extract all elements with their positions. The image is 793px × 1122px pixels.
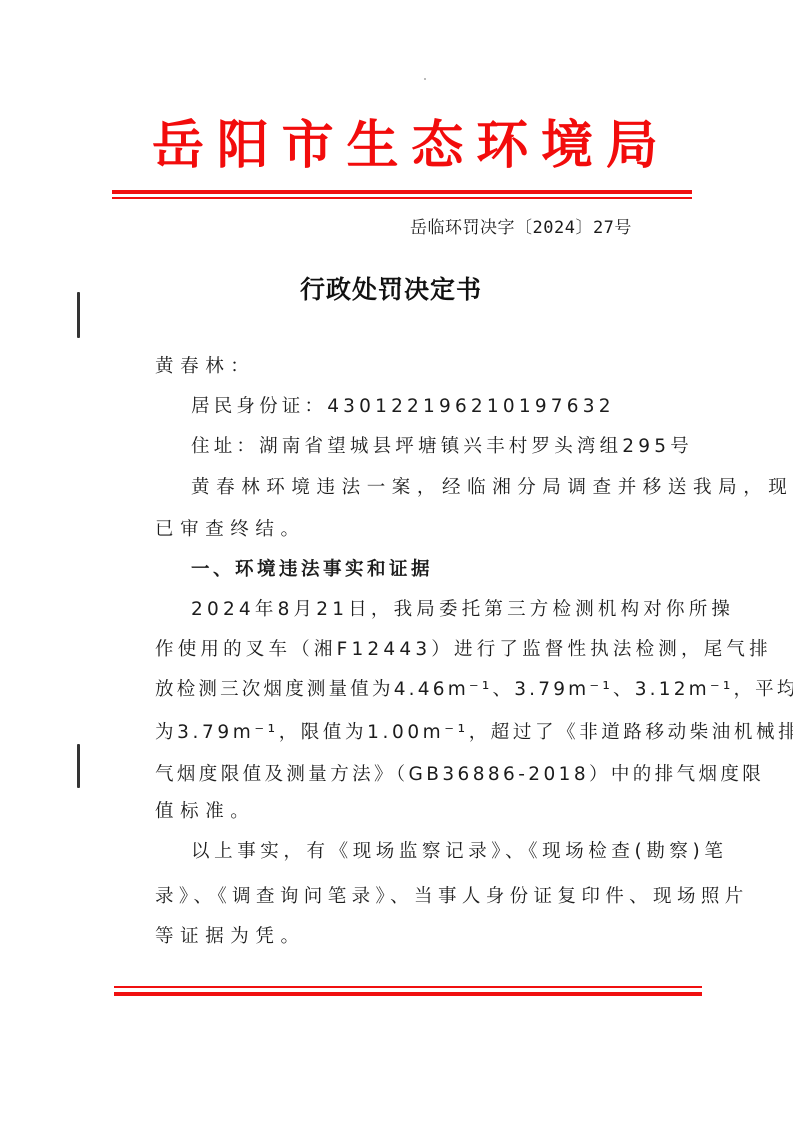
letterhead-rule-thin: [112, 197, 692, 199]
body-paragraph-line: 等证据为凭。: [155, 923, 655, 951]
footer-rule-thin: [114, 986, 702, 988]
body-paragraph-line: 为3.79m⁻¹，限值为1.00m⁻¹，超过了《非道路移动柴油机械排: [155, 719, 655, 747]
letterhead-rule-thick: [112, 190, 692, 194]
letterhead-char: 态: [409, 114, 465, 178]
body-paragraph-line: 气烟度限值及测量方法》（GB36886-2018）中的排气烟度限: [155, 761, 655, 789]
section-heading: 一、环境违法事实和证据: [191, 556, 691, 584]
body-paragraph-line: 作使用的叉车（湘F12443）进行了监督性执法检测，尾气排: [155, 636, 655, 664]
id-number-line: 居民身份证：430122196210197632: [191, 393, 691, 421]
address-line: 住址：湖南省望城县坪塘镇兴丰村罗头湾组295号: [191, 433, 691, 461]
letterhead-char: 环: [474, 114, 530, 178]
body-paragraph-line: 放检测三次烟度测量值为4.46m⁻¹、3.79m⁻¹、3.12m⁻¹，平均值: [155, 676, 655, 704]
letterhead-title: 岳 阳 市 生 态 环 境 局: [150, 114, 660, 178]
body-paragraph-line: 值标准。: [155, 798, 655, 826]
body-paragraph-line: 录》、《调查询问笔录》、当事人身份证复印件、现场照片: [155, 883, 655, 911]
body-paragraph-line: 以上事实，有《现场监察记录》、《现场检查(勘察)笔: [191, 838, 691, 866]
body-paragraph-line: 已审查终结。: [155, 516, 655, 544]
letterhead-char: 阳: [215, 114, 271, 178]
addressee: 黄春林：: [155, 353, 655, 381]
document-number: 岳临环罚决字〔2024〕27号: [410, 215, 645, 241]
binding-mark: [77, 292, 80, 338]
letterhead-char: 局: [604, 114, 660, 178]
letterhead-char: 市: [280, 114, 336, 178]
letterhead-char: 岳: [150, 114, 206, 178]
body-paragraph-line: 黄春林环境违法一案，经临湘分局调查并移送我局，现: [191, 474, 691, 502]
body-paragraph-line: 2024年8月21日，我局委托第三方检测机构对你所操: [191, 596, 691, 624]
scan-speck: [424, 78, 426, 80]
letterhead-char: 境: [539, 114, 595, 178]
letterhead-char: 生: [345, 114, 401, 178]
footer-rule-thick: [114, 992, 702, 996]
binding-mark: [77, 744, 80, 788]
document-title: 行政处罚决定书: [300, 274, 500, 306]
